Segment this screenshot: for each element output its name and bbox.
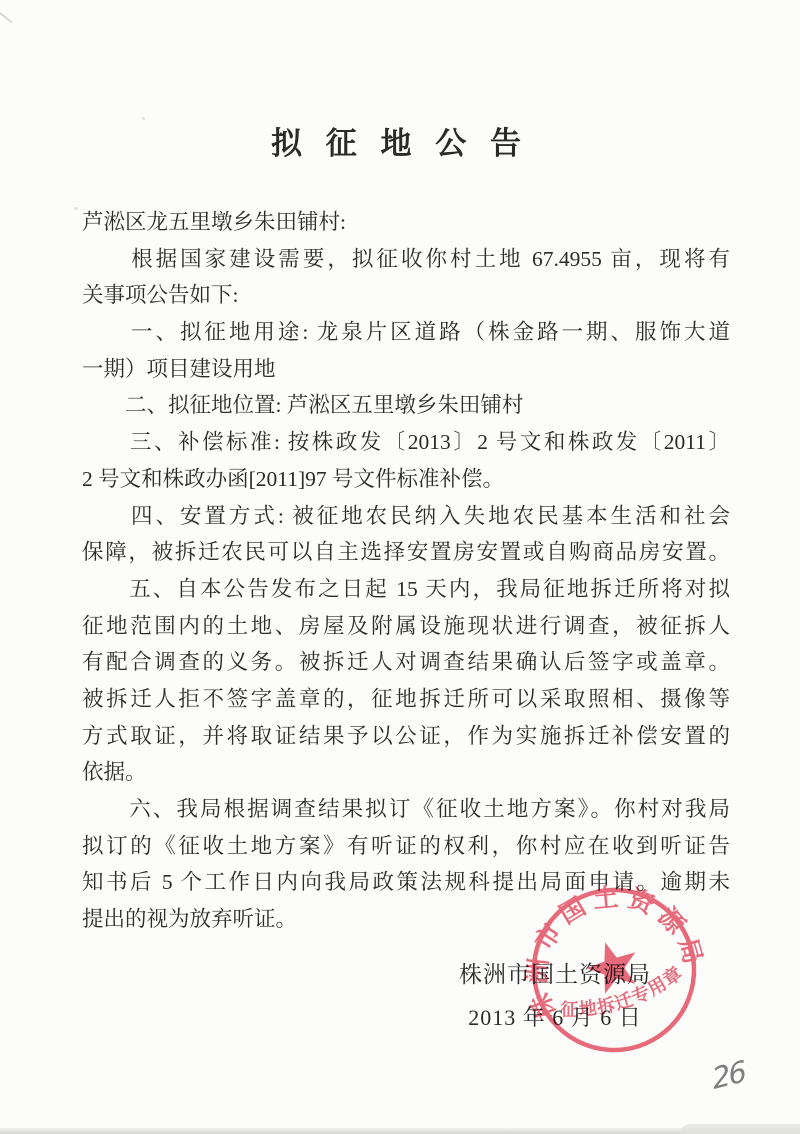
body-line: 一期）项目建设用地 bbox=[82, 351, 730, 388]
body-line: 提出的视为放弃听证。 bbox=[82, 901, 730, 938]
body-line-clause-1: 一、拟征地用途: 龙泉片区道路（株金路一期、服饰大道 bbox=[82, 314, 730, 351]
signature-block: 株洲市国土资源局 2013 年 6 月 6 日 bbox=[440, 960, 670, 1032]
body-line: 保障，被拆迁农民可以自主选择安置房安置或自购商品房安置。 bbox=[82, 534, 730, 571]
issue-date: 2013 年 6 月 6 日 bbox=[440, 1001, 670, 1032]
body-line-clause-2: 二、拟征地位置: 芦淞区五里墩乡朱田铺村 bbox=[82, 387, 730, 424]
document-body: 芦淞区龙五里墩乡朱田铺村: 根据国家建设需要，拟征收你村土地 67.4955 亩… bbox=[82, 204, 730, 938]
body-line: 被拆迁人拒不签字盖章的，征地拆迁所可以采取照相、摄像等 bbox=[82, 681, 730, 718]
body-line-clause-3: 三、补偿标准: 按株政发〔2013〕2 号文和株政发〔2011〕 bbox=[82, 424, 730, 461]
issuing-agency: 株洲市国土资源局 bbox=[440, 960, 670, 990]
body-line-clause-6: 六、我局根据调查结果拟订《征收土地方案》。你村对我局 bbox=[82, 791, 730, 828]
scan-artifact bbox=[0, 11, 13, 24]
body-line: 拟订的《征收土地方案》有听证的权利，你村应在收到听证告 bbox=[82, 828, 730, 865]
body-line: 关事项公告如下: bbox=[82, 277, 730, 314]
body-line: 依据。 bbox=[82, 754, 730, 791]
body-line: 根据国家建设需要，拟征收你村土地 67.4955 亩，现将有 bbox=[82, 241, 730, 278]
scan-artifact bbox=[74, 207, 78, 210]
body-line-clause-5: 五、自本公告发布之日起 15 天内，我局征地拆迁所将对拟 bbox=[82, 571, 730, 608]
body-line-addressee: 芦淞区龙五里墩乡朱田铺村: bbox=[82, 204, 730, 241]
body-line: 2 号文和株政办函[2011]97 号文件标准补偿。 bbox=[82, 461, 730, 498]
body-line: 有配合调查的义务。被拆迁人对调查结果确认后签字或盖章。 bbox=[82, 644, 730, 681]
document-title: 拟 征 地 公 告 bbox=[0, 118, 800, 163]
body-line: 方式取证，并将取证结果予以公证，作为实施拆迁补偿安置的 bbox=[82, 718, 730, 755]
scan-edge bbox=[680, 1124, 800, 1134]
body-line: 知书后 5 个工作日内向我局政策法规科提出局面申请。逾期未 bbox=[82, 864, 730, 901]
handwritten-page-number: 26 bbox=[710, 1054, 747, 1096]
scanned-document-page: 拟 征 地 公 告 芦淞区龙五里墩乡朱田铺村: 根据国家建设需要，拟征收你村土地… bbox=[0, 0, 800, 1134]
body-line-clause-4: 四、安置方式: 被征地农民纳入失地农民基本生活和社会 bbox=[82, 498, 730, 535]
body-line: 征地范围内的土地、房屋及附属设施现状进行调查，被征拆人 bbox=[82, 608, 730, 645]
